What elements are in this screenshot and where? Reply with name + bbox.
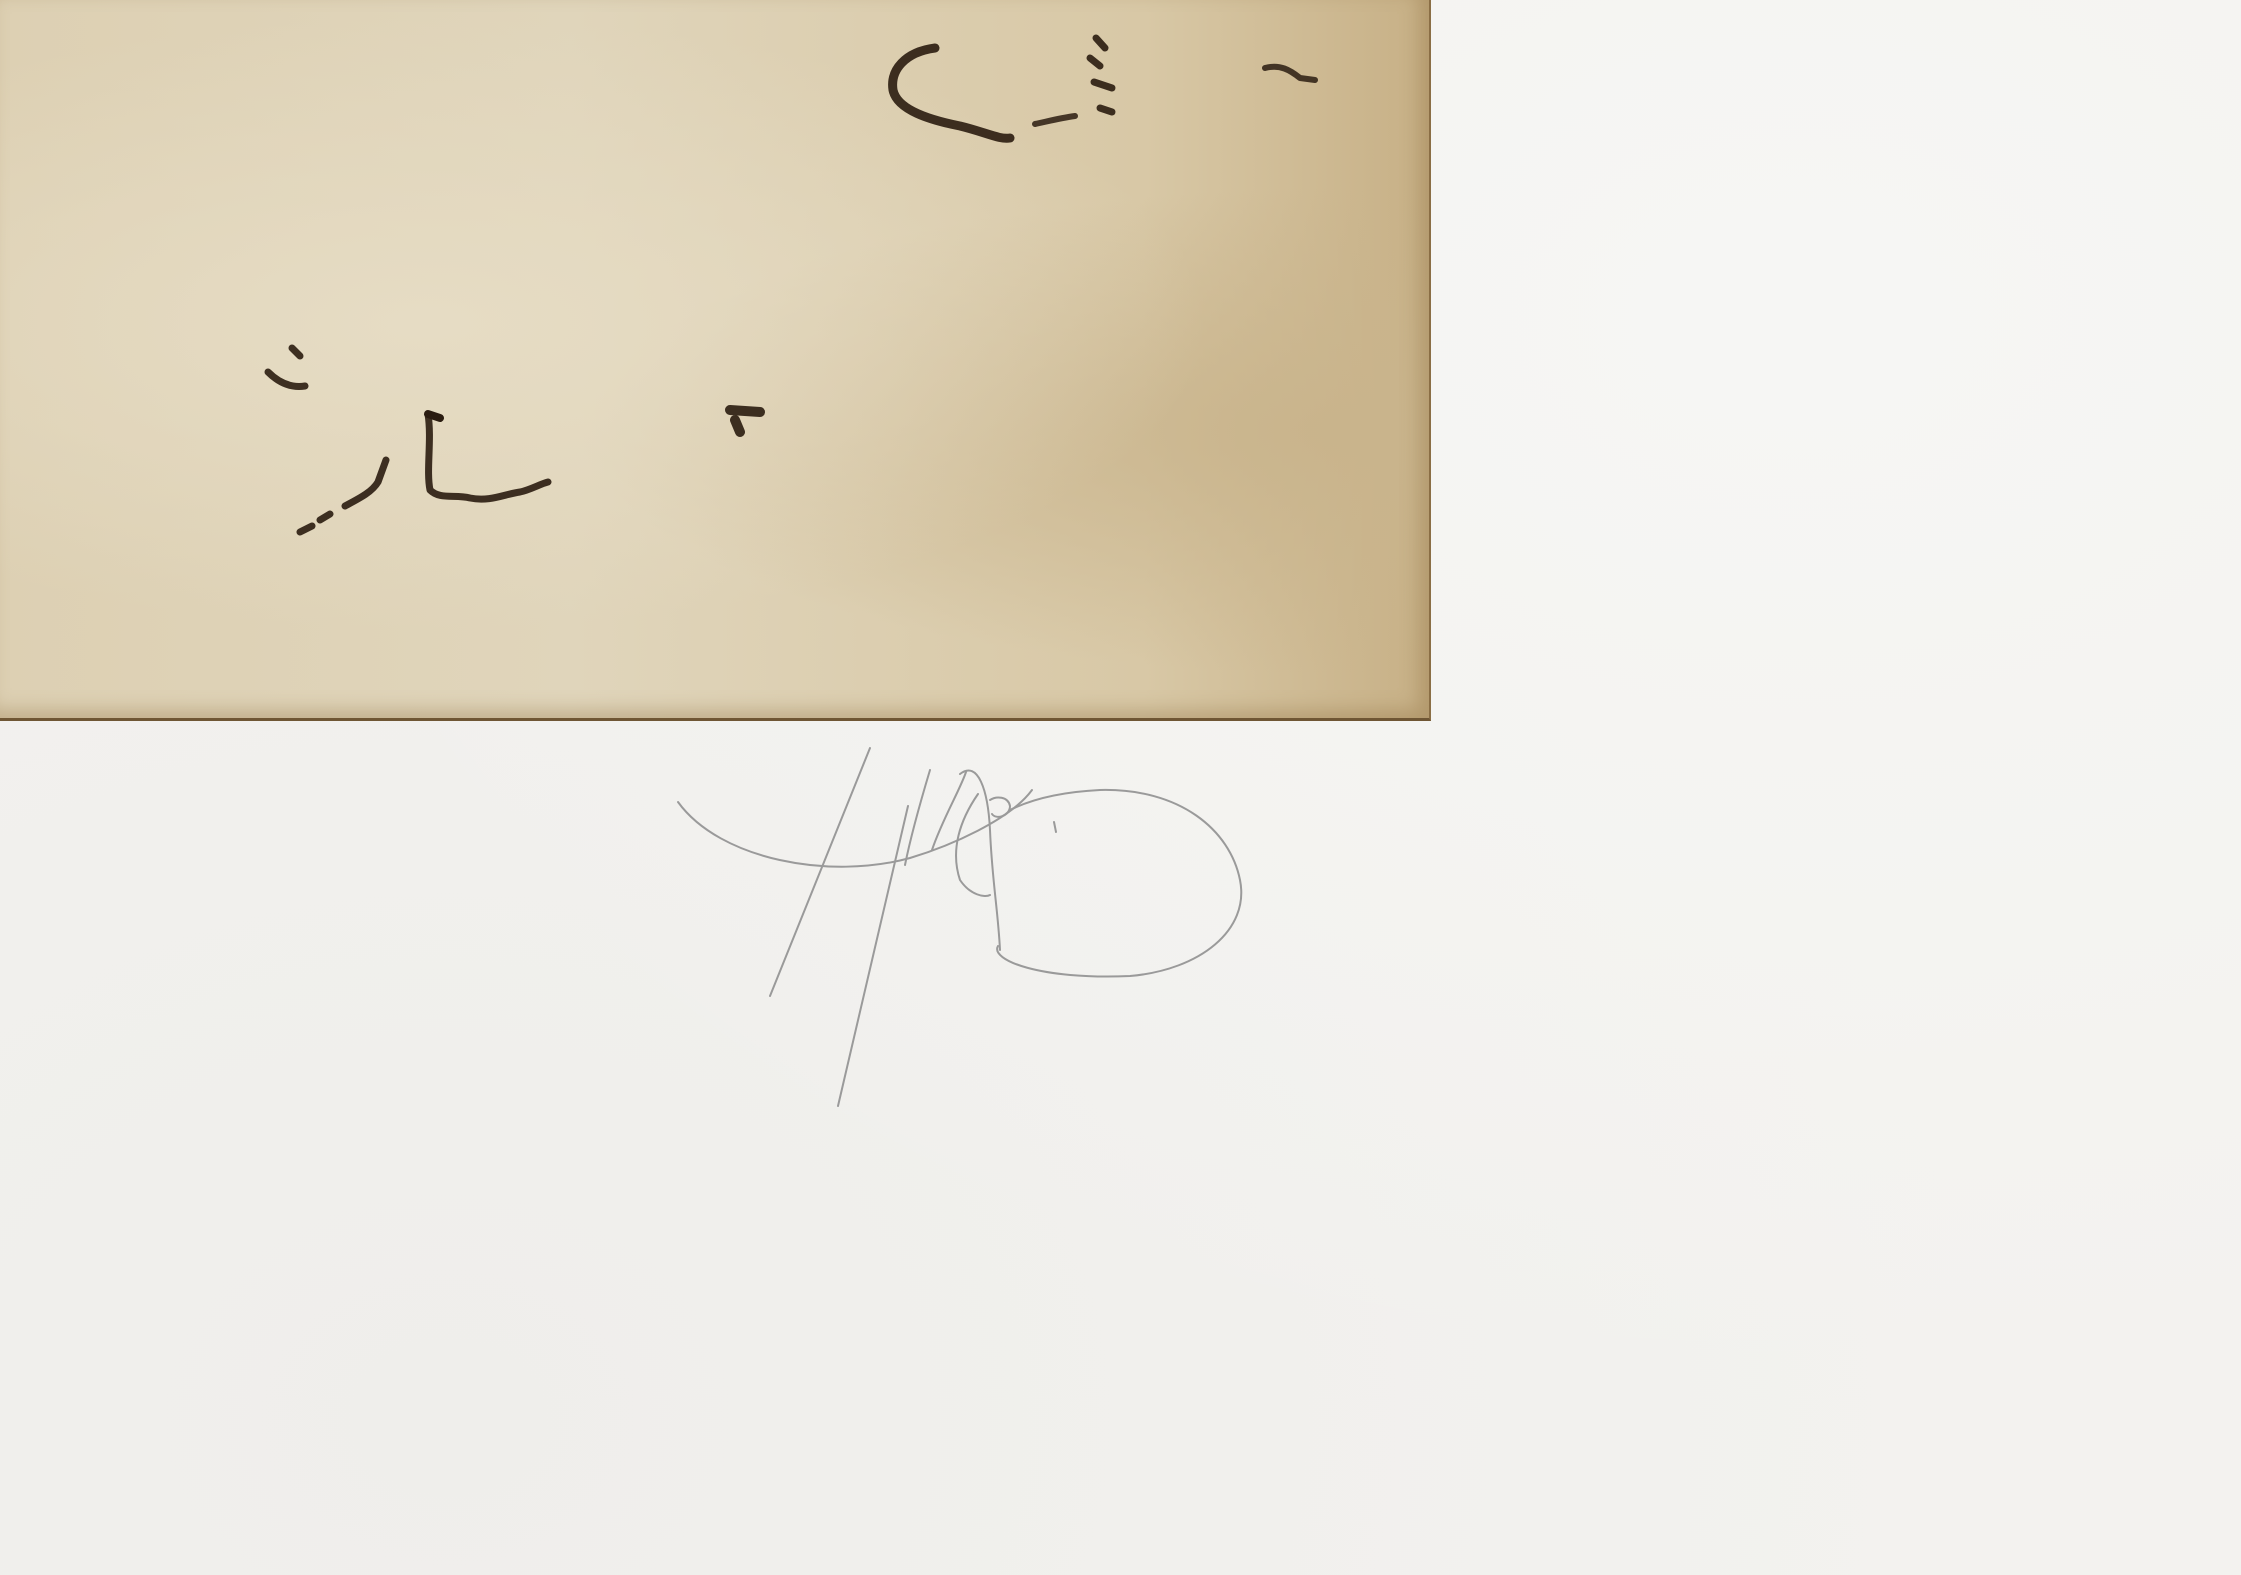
pencil-signature xyxy=(660,730,1460,1130)
paper-sheet xyxy=(0,0,2241,1575)
etched-plate xyxy=(0,0,1431,721)
etching-marks xyxy=(0,0,1429,718)
